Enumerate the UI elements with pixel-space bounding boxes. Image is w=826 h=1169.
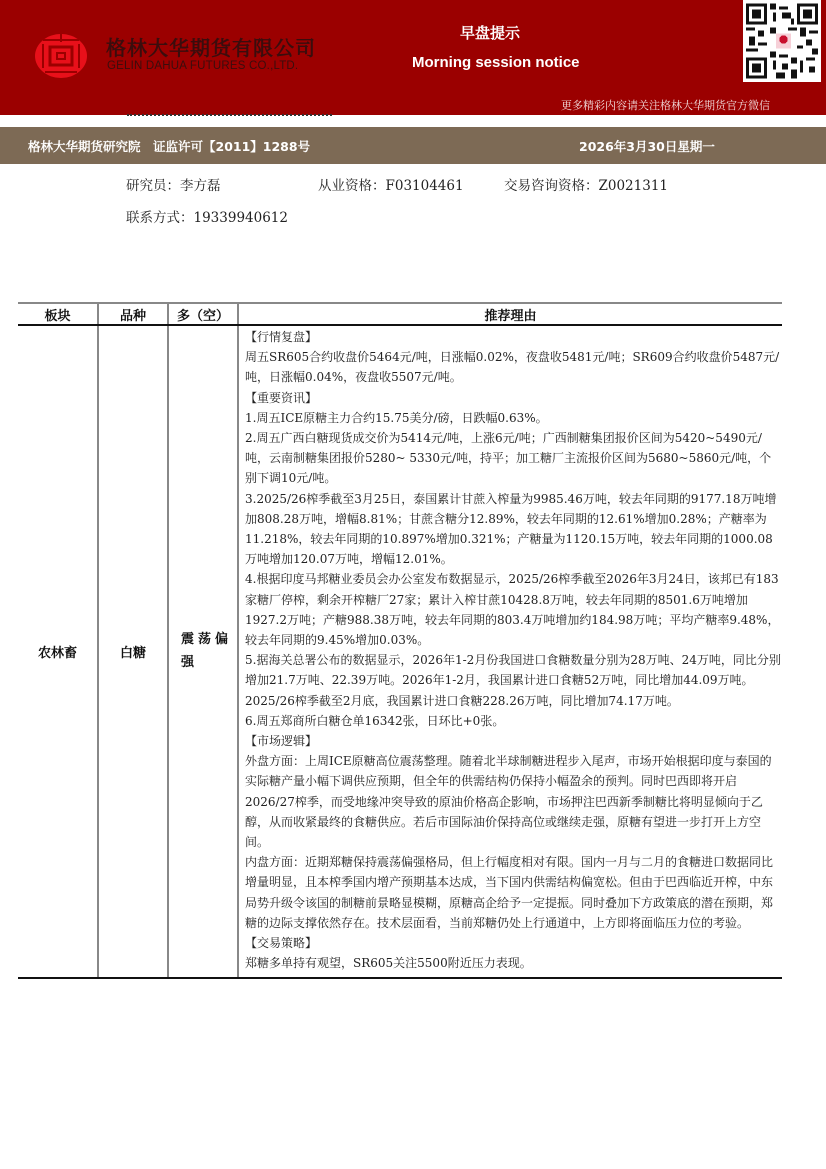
- news-item-2: 2.周五广西白糖现货成交价为5414元/吨，上涨6元/吨；广西制糖集团报价区间为…: [245, 428, 782, 489]
- company-logo-icon: [33, 32, 89, 80]
- report-title-cn: 早盘提示: [460, 22, 520, 43]
- variety-cell: 白糖: [98, 325, 168, 978]
- recommendation-table: 板块 品种 多（空） 推荐理由 农林畜 白糖 震荡偏强 【行情复盘】 周五SR6…: [18, 302, 782, 979]
- column-header-sector: 板块: [18, 303, 98, 325]
- consulting-qualification-number: 交易咨询资格：Z0021311: [504, 174, 668, 194]
- news-item-3: 3.2025/26榨季截至3月25日，泰国累计甘蔗入榨量为9985.46万吨，较…: [245, 489, 782, 570]
- table-header-row: 板块 品种 多（空） 推荐理由: [18, 303, 782, 325]
- contact-info: 联系方式：19339940612: [126, 206, 288, 226]
- table-row: 农林畜 白糖 震荡偏强 【行情复盘】 周五SR605合约收盘价5464元/吨，日…: [18, 325, 782, 978]
- section-title-market-logic: 【市场逻辑】: [245, 731, 782, 751]
- company-name-en: GELIN DAHUA FUTURES CO.,LTD.: [107, 60, 298, 72]
- news-item-6: 6.周五郑商所白糖仓单16342张，日环比+0张。: [245, 711, 782, 731]
- sector-cell: 农林畜: [18, 325, 98, 978]
- institute-bar: 格林大华期货研究院 证监许可【2011】1288号 2026年3月30日星期一: [0, 127, 826, 164]
- section-title-trading-strategy: 【交易策略】: [245, 933, 782, 953]
- decorative-dotted-divider: [127, 114, 332, 116]
- section-title-key-news: 【重要资讯】: [245, 388, 782, 408]
- column-header-direction: 多（空）: [168, 303, 238, 325]
- qualification-number: 从业资格：F03104461: [318, 174, 464, 194]
- report-title-en: Morning session notice: [412, 54, 580, 71]
- news-item-4: 4.根据印度马邦糖业委员会办公室发布数据显示，2025/26榨季截至2026年3…: [245, 569, 782, 650]
- wechat-follow-note: 更多精彩内容请关注格林大华期货官方微信: [561, 97, 770, 113]
- section-title-market-review: 【行情复盘】: [245, 327, 782, 347]
- reason-cell: 【行情复盘】 周五SR605合约收盘价5464元/吨，日涨幅0.02%，夜盘收5…: [238, 325, 782, 978]
- direction-cell: 震荡偏强: [168, 325, 238, 978]
- header-banner: 格林大华期货有限公司 GELIN DAHUA FUTURES CO.,LTD. …: [0, 0, 826, 115]
- market-review-text: 周五SR605合约收盘价5464元/吨，日涨幅0.02%，夜盘收5481元/吨；…: [245, 347, 782, 387]
- company-name-cn: 格林大华期货有限公司: [106, 32, 316, 61]
- market-logic-domestic: 内盘方面：近期郑糖保持震荡偏强格局，但上行幅度相对有限。国内一月与二月的食糖进口…: [245, 852, 782, 933]
- wechat-qr-code-icon: [743, 0, 821, 82]
- institute-license: 格林大华期货研究院 证监许可【2011】1288号: [28, 137, 310, 155]
- researcher-name: 研究员：李方磊: [126, 174, 221, 194]
- report-date: 2026年3月30日星期一: [579, 137, 715, 155]
- news-item-1: 1.周五ICE原糖主力合约15.75美分/磅，日跌幅0.63%。: [245, 408, 782, 428]
- news-item-5: 5.据海关总署公布的数据显示，2026年1-2月份我国进口食糖数量分别为28万吨…: [245, 650, 782, 711]
- column-header-variety: 品种: [98, 303, 168, 325]
- column-header-reason: 推荐理由: [238, 303, 782, 325]
- trading-strategy-text: 郑糖多单持有观望，SR605关注5500附近压力表现。: [245, 953, 782, 973]
- market-logic-external: 外盘方面：上周ICE原糖高位震荡整理。随着北半球制糖进程步入尾声，市场开始根据印…: [245, 751, 782, 852]
